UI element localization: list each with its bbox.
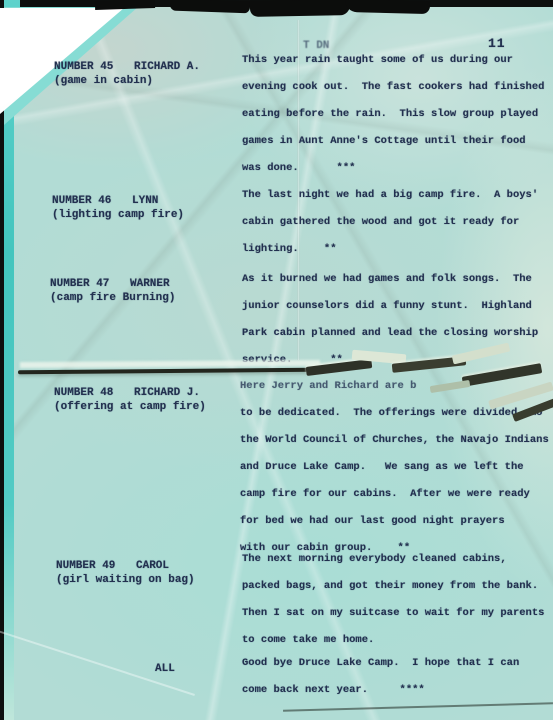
typed-line: the World Council of Churches, the Navaj… (240, 433, 549, 460)
entry-label: NUMBER 48RICHARD J.(offering at camp fir… (54, 386, 206, 414)
entry-number: NUMBER 49 (56, 559, 136, 573)
typed-line: cabin gathered the wood and got it ready… (242, 215, 538, 242)
entry-label: ALL (155, 662, 175, 676)
entry-label: NUMBER 47WARNER(camp fire Burning) (50, 277, 175, 305)
typed-line: games in Aunt Anne's Cottage until their… (242, 134, 544, 161)
entry-caption: (game in cabin) (54, 75, 153, 87)
page-number: 11 (488, 36, 506, 51)
typed-line: was done. *** (242, 161, 544, 188)
entry-text: This year rain taught some of us during … (242, 53, 544, 188)
typed-line: lighting. ** (242, 242, 538, 269)
entry-label: NUMBER 45RICHARD A.(game in cabin) (54, 60, 200, 88)
entry-number: NUMBER 48 (54, 386, 134, 400)
entry-caption: (girl waiting on bag) (56, 574, 195, 586)
torn-top-edge (345, 0, 430, 14)
typed-line: camp fire for our cabins. After we were … (240, 487, 549, 514)
entry-text: Good bye Druce Lake Camp. I hope that I … (242, 656, 519, 710)
entry-name: RICHARD J. (134, 387, 200, 399)
typed-line: for bed we had our last good night praye… (240, 514, 549, 541)
typed-line: packed bags, and got their money from th… (242, 579, 544, 606)
entry-text: The next morning everybody cleaned cabin… (242, 552, 544, 660)
entry-caption: (camp fire Burning) (50, 292, 175, 304)
typed-line: Good bye Druce Lake Camp. I hope that I … (242, 656, 519, 683)
entry-name: WARNER (130, 278, 170, 290)
header-fragment: T DN (303, 40, 329, 52)
typed-line: and Druce Lake Camp. We sang as we left … (240, 460, 549, 487)
typed-line: eating before the rain. This slow group … (242, 107, 544, 134)
typed-line: The next morning everybody cleaned cabin… (242, 552, 544, 579)
entry-number: NUMBER 47 (50, 277, 130, 291)
entry-label: NUMBER 46LYNN(lighting camp fire) (52, 194, 184, 222)
entry-name: RICHARD A. (134, 61, 200, 73)
entry-text: The last night we had a big camp fire. A… (242, 188, 538, 269)
entry-caption: (lighting camp fire) (52, 209, 184, 221)
vertical-fold-line (297, 20, 300, 360)
entry-label: NUMBER 49CAROL(girl waiting on bag) (56, 559, 195, 587)
typed-line: evening cook out. The fast cookers had f… (242, 80, 544, 107)
typed-line: junior counselors did a funny stunt. Hig… (242, 299, 538, 326)
entry-name: CAROL (136, 560, 169, 572)
typed-line: This year rain taught some of us during … (242, 53, 544, 80)
entry-caption: (offering at camp fire) (54, 401, 206, 413)
entry-name: LYNN (132, 195, 158, 207)
entry-text: Here Jerry and Richard are bto be dedica… (240, 379, 549, 568)
entry-name: ALL (155, 663, 175, 675)
typed-line: to be dedicated. The offerings were divi… (240, 406, 549, 433)
typed-line: Then I sat on my suitcase to wait for my… (242, 606, 544, 633)
torn-top-edge (250, 0, 350, 17)
entry-number: NUMBER 46 (52, 194, 132, 208)
typed-line: As it burned we had games and folk songs… (242, 272, 538, 299)
typed-line: The last night we had a big camp fire. A… (242, 188, 538, 215)
entry-number: NUMBER 45 (54, 60, 134, 74)
